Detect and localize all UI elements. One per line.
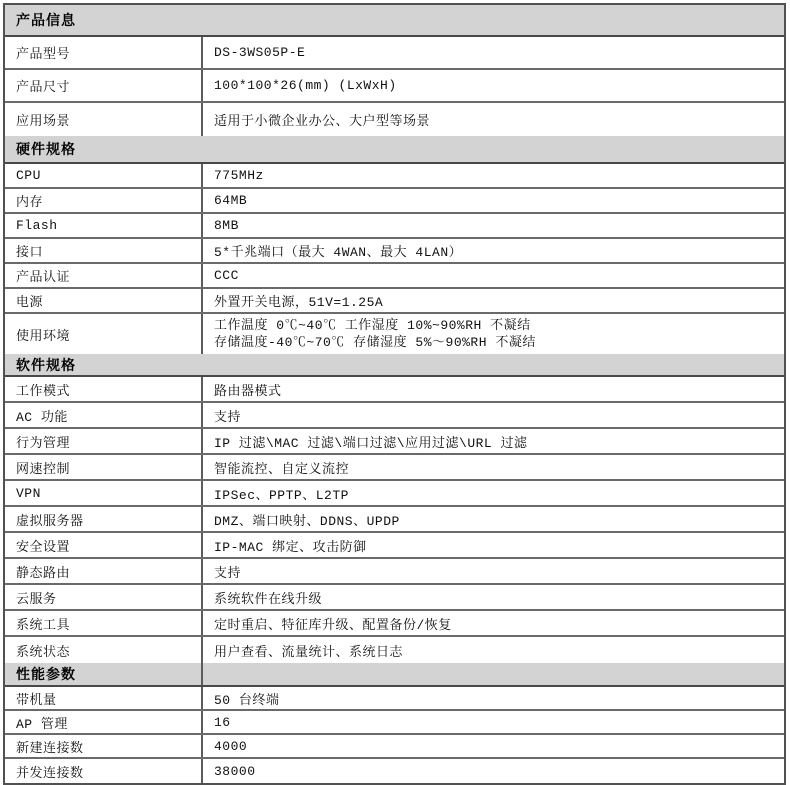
spec-label: 静态路由 — [5, 559, 203, 583]
spec-value: 50 台终端 — [203, 687, 784, 709]
row-product-model: 产品型号 DS-3WS05P-E — [5, 37, 784, 70]
spec-label: 内存 — [5, 189, 203, 212]
section-header-empty-cell — [203, 663, 784, 685]
spec-value: 38000 — [203, 759, 784, 783]
spec-value: 智能流控、自定义流控 — [203, 455, 784, 479]
spec-label: 系统状态 — [5, 637, 203, 663]
spec-value: 工作温度 0℃~40℃ 工作湿度 10%~90%RH 不凝结 存储温度-40℃~… — [203, 314, 784, 354]
row-new-connections: 新建连接数 4000 — [5, 735, 784, 759]
spec-value: 16 — [203, 711, 784, 733]
row-memory: 内存 64MB — [5, 189, 784, 214]
spec-value: IP-MAC 绑定、攻击防御 — [203, 533, 784, 557]
spec-label: 产品尺寸 — [5, 70, 203, 101]
row-client-capacity: 带机量 50 台终端 — [5, 687, 784, 711]
spec-value: IP 过滤\MAC 过滤\端口过滤\应用过滤\URL 过滤 — [203, 429, 784, 453]
spec-value: 路由器模式 — [203, 377, 784, 401]
spec-label: 带机量 — [5, 687, 203, 709]
row-operating-environment: 使用环境 工作温度 0℃~40℃ 工作湿度 10%~90%RH 不凝结 存储温度… — [5, 314, 784, 354]
row-flash: Flash 8MB — [5, 214, 784, 239]
row-virtual-server: 虚拟服务器 DMZ、端口映射、DDNS、UPDP — [5, 507, 784, 533]
section-title: 软件规格 — [5, 355, 76, 375]
row-ac-function: AC 功能 支持 — [5, 403, 784, 429]
spec-value: 适用于小微企业办公、大户型等场景 — [203, 103, 784, 136]
row-system-status: 系统状态 用户查看、流量统计、系统日志 — [5, 637, 784, 663]
spec-label: AP 管理 — [5, 711, 203, 733]
section-title: 硬件规格 — [5, 139, 76, 159]
spec-label: 产品型号 — [5, 37, 203, 68]
section-header-performance-params: 性能参数 — [5, 663, 784, 687]
spec-value: DMZ、端口映射、DDNS、UPDP — [203, 507, 784, 531]
spec-label: 网速控制 — [5, 455, 203, 479]
row-behavior-management: 行为管理 IP 过滤\MAC 过滤\端口过滤\应用过滤\URL 过滤 — [5, 429, 784, 455]
spec-label: AC 功能 — [5, 403, 203, 427]
spec-label: 工作模式 — [5, 377, 203, 401]
section-header-product-info: 产品信息 — [5, 5, 784, 37]
row-application-scenario: 应用场景 适用于小微企业办公、大户型等场景 — [5, 103, 784, 136]
row-ports: 接口 5*千兆端口（最大 4WAN、最大 4LAN） — [5, 239, 784, 264]
section-product-info: 产品型号 DS-3WS05P-E 产品尺寸 100*100*26(mm) (Lx… — [5, 37, 784, 136]
spec-value: 支持 — [203, 403, 784, 427]
row-concurrent-connections: 并发连接数 38000 — [5, 759, 784, 783]
spec-label: 虚拟服务器 — [5, 507, 203, 531]
section-performance-params: 带机量 50 台终端 AP 管理 16 新建连接数 4000 并发连接数 380… — [5, 687, 784, 783]
section-header-hardware-specs: 硬件规格 — [5, 136, 784, 164]
spec-label: 使用环境 — [5, 314, 203, 354]
spec-value: 8MB — [203, 214, 784, 237]
spec-label: Flash — [5, 214, 203, 237]
section-software-specs: 工作模式 路由器模式 AC 功能 支持 行为管理 IP 过滤\MAC 过滤\端口… — [5, 377, 784, 663]
row-ap-management: AP 管理 16 — [5, 711, 784, 735]
spec-label: 行为管理 — [5, 429, 203, 453]
spec-value: CCC — [203, 264, 784, 287]
spec-value: IPSec、PPTP、L2TP — [203, 481, 784, 505]
spec-value: 64MB — [203, 189, 784, 212]
spec-value: 外置开关电源，51V=1.25A — [203, 289, 784, 312]
row-security-settings: 安全设置 IP-MAC 绑定、攻击防御 — [5, 533, 784, 559]
spec-value: 100*100*26(mm) (LxWxH) — [203, 70, 784, 101]
spec-label: CPU — [5, 164, 203, 187]
spec-label: 接口 — [5, 239, 203, 262]
spec-label: VPN — [5, 481, 203, 505]
spec-value: 定时重启、特征库升级、配置备份/恢复 — [203, 611, 784, 635]
environment-line-2: 存储温度-40℃~70℃ 存储湿度 5%～90%RH 不凝结 — [214, 334, 536, 351]
row-product-size: 产品尺寸 100*100*26(mm) (LxWxH) — [5, 70, 784, 103]
row-cpu: CPU 775MHz — [5, 164, 784, 189]
row-power: 电源 外置开关电源，51V=1.25A — [5, 289, 784, 314]
spec-value: 系统软件在线升级 — [203, 585, 784, 609]
spec-value: 用户查看、流量统计、系统日志 — [203, 637, 784, 663]
section-title: 性能参数 — [5, 663, 203, 685]
spec-value: 4000 — [203, 735, 784, 757]
product-spec-table: 产品信息 产品型号 DS-3WS05P-E 产品尺寸 100*100*26(mm… — [3, 3, 786, 785]
row-certification: 产品认证 CCC — [5, 264, 784, 289]
row-system-tools: 系统工具 定时重启、特征库升级、配置备份/恢复 — [5, 611, 784, 637]
spec-value: 支持 — [203, 559, 784, 583]
row-vpn: VPN IPSec、PPTP、L2TP — [5, 481, 784, 507]
row-work-mode: 工作模式 路由器模式 — [5, 377, 784, 403]
spec-label: 新建连接数 — [5, 735, 203, 757]
spec-label: 电源 — [5, 289, 203, 312]
section-hardware-specs: CPU 775MHz 内存 64MB Flash 8MB 接口 5*千兆端口（最… — [5, 164, 784, 354]
environment-line-1: 工作温度 0℃~40℃ 工作湿度 10%~90%RH 不凝结 — [214, 317, 531, 334]
spec-label: 产品认证 — [5, 264, 203, 287]
spec-label: 应用场景 — [5, 103, 203, 136]
section-title: 产品信息 — [5, 10, 76, 30]
row-static-routing: 静态路由 支持 — [5, 559, 784, 585]
section-header-software-specs: 软件规格 — [5, 354, 784, 377]
spec-label: 云服务 — [5, 585, 203, 609]
spec-value: 5*千兆端口（最大 4WAN、最大 4LAN） — [203, 239, 784, 262]
spec-value: DS-3WS05P-E — [203, 37, 784, 68]
spec-label: 系统工具 — [5, 611, 203, 635]
spec-label: 并发连接数 — [5, 759, 203, 783]
spec-value: 775MHz — [203, 164, 784, 187]
row-cloud-service: 云服务 系统软件在线升级 — [5, 585, 784, 611]
row-bandwidth-control: 网速控制 智能流控、自定义流控 — [5, 455, 784, 481]
spec-label: 安全设置 — [5, 533, 203, 557]
